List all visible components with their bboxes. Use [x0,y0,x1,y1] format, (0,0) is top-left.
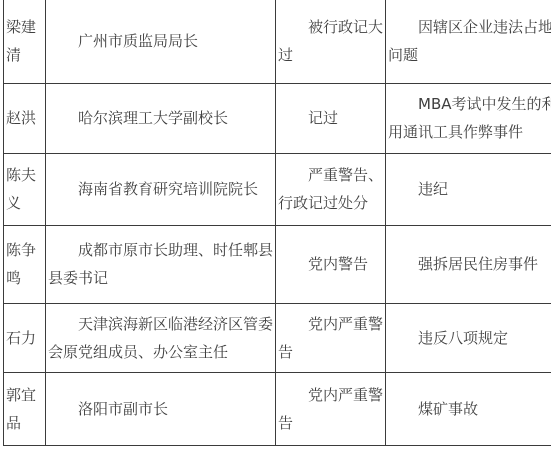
cell-name: 陈争 鸣 [4,225,46,303]
cell-text-line: 问题 [388,41,551,69]
cell-reason: 因辖区企业违法占地 问题 [386,0,551,83]
cell-text-line: 会原党组成员、办公室主任 [48,338,273,366]
cell-text-line: 成都市原市长助理、时任郫县 [48,236,273,264]
cell-position: 哈尔滨理工大学副校长 [46,83,276,153]
cell-text-line: 郭宜 [6,381,43,409]
cell-text-line: 鸣 [6,264,43,292]
cell-reason: 煤矿事故 [386,372,551,445]
cell-text-line: 违反八项规定 [388,324,551,352]
cell-text-line: 县委书记 [48,264,273,292]
cell-position: 洛阳市副市长 [46,372,276,445]
cell-text-line: 哈尔滨理工大学副校长 [48,104,273,132]
cell-reason: 违纪 [386,153,551,225]
cell-text-line: 赵洪 [6,104,43,132]
cell-text-line: 梁建 [6,13,43,41]
table-row: 石力 天津滨海新区临港经济区管委 会原党组成员、办公室主任 党内严重警 告 违反… [4,303,551,372]
table-row: 梁建 清 广州市质监局局长 被行政记大 过 因辖区企业违法占地 问题 [4,0,551,83]
cell-reason: 强拆居民住房事件 [386,225,551,303]
cell-text-line: 品 [6,409,43,437]
cell-text-line: 海南省教育研究培训院院长 [48,175,273,203]
discipline-table: 梁建 清 广州市质监局局长 被行政记大 过 因辖区企业违法占地 问题 赵洪 [3,0,551,446]
table-row: 陈争 鸣 成都市原市长助理、时任郫县 县委书记 党内警告 强拆居民住房事件 [4,225,551,303]
cell-text-line: 违纪 [388,175,551,203]
cell-text-line: 党内严重警 [278,381,383,409]
cell-text-line: 广州市质监局局长 [48,27,273,55]
cell-text-line: 强拆居民住房事件 [388,250,551,278]
cell-text-line: 行政记过处分 [278,189,383,217]
table-row: 陈夫 义 海南省教育研究培训院院长 严重警告、 行政记过处分 违纪 [4,153,551,225]
cell-name: 陈夫 义 [4,153,46,225]
cell-text-line: 义 [6,189,43,217]
cell-punishment: 党内警告 [276,225,386,303]
cell-text-line: 严重警告、 [278,161,383,189]
cell-position: 广州市质监局局长 [46,0,276,83]
cell-punishment: 被行政记大 过 [276,0,386,83]
cell-text-line: 用通讯工具作弊事件 [388,118,551,146]
cell-text-line: 清 [6,41,43,69]
cell-reason: 违反八项规定 [386,303,551,372]
cell-punishment: 党内严重警 告 [276,372,386,445]
cell-text-line: 石力 [6,324,43,352]
cell-text-line: 党内警告 [278,250,383,278]
cell-text-line: 陈夫 [6,161,43,189]
cell-text-line: 天津滨海新区临港经济区管委 [48,310,273,338]
cell-name: 郭宜 品 [4,372,46,445]
cell-text-line: 因辖区企业违法占地 [388,13,551,41]
cell-text-line: 煤矿事故 [388,395,551,423]
cell-text-line: 被行政记大 [278,13,383,41]
cell-text-line: 告 [278,409,383,437]
cell-text-line: 洛阳市副市长 [48,395,273,423]
cell-text-line: 记过 [278,104,383,132]
cell-name: 赵洪 [4,83,46,153]
screenshot-viewport: 梁建 清 广州市质监局局长 被行政记大 过 因辖区企业违法占地 问题 赵洪 [0,0,551,450]
cell-punishment: 记过 [276,83,386,153]
cell-name: 梁建 清 [4,0,46,83]
table-clip-region: 梁建 清 广州市质监局局长 被行政记大 过 因辖区企业违法占地 问题 赵洪 [3,0,551,450]
cell-position: 成都市原市长助理、时任郫县 县委书记 [46,225,276,303]
table-row: 赵洪 哈尔滨理工大学副校长 记过 MBA考试中发生的利 用通讯工具作弊事件 [4,83,551,153]
cell-text-line: 过 [278,41,383,69]
cell-name: 石力 [4,303,46,372]
cell-reason: MBA考试中发生的利 用通讯工具作弊事件 [386,83,551,153]
cell-position: 海南省教育研究培训院院长 [46,153,276,225]
cell-text-line: 告 [278,338,383,366]
table-row: 郭宜 品 洛阳市副市长 党内严重警 告 煤矿事故 [4,372,551,445]
cell-punishment: 严重警告、 行政记过处分 [276,153,386,225]
cell-text-line: 党内严重警 [278,310,383,338]
cell-text-line: MBA考试中发生的利 [388,90,551,118]
cell-punishment: 党内严重警 告 [276,303,386,372]
cell-text-line: 陈争 [6,236,43,264]
cell-position: 天津滨海新区临港经济区管委 会原党组成员、办公室主任 [46,303,276,372]
